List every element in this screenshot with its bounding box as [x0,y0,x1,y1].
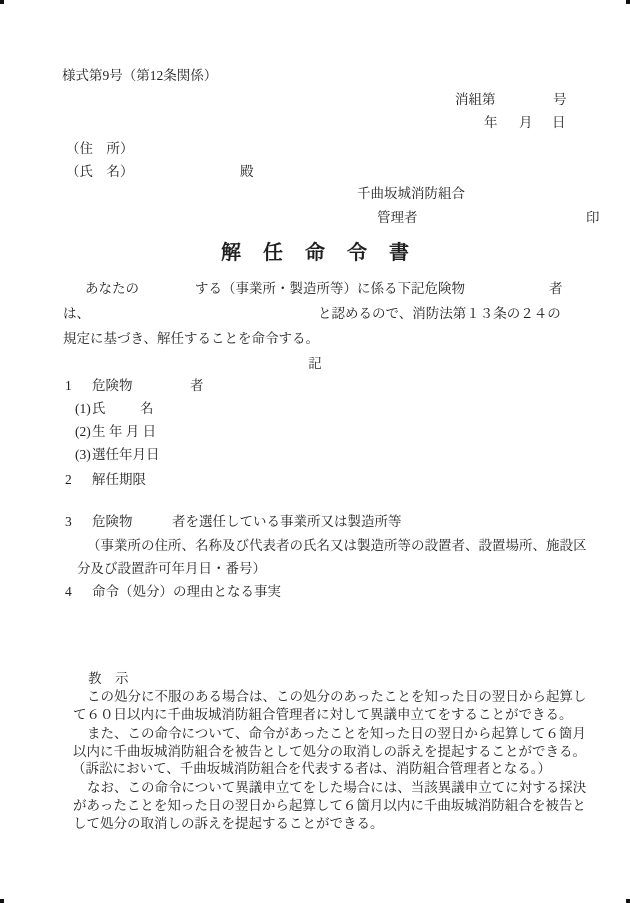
honorific-dono: 殿 [240,163,254,180]
kyoji-3-text: また、この命令について、命令があったことを知った日の翌日から起算して６箇月 [87,725,586,742]
date-line: 年月日 [0,114,630,131]
kyoji-2-text: て６０日以内に千曲坂城消防組合管理者に対して異議申立てをすることができる。 [73,706,573,723]
issuer-manager-title: 管理者 [377,209,418,226]
kyoji-line-7: があったことを知った日の翌日から起算して６箇月以内に千曲坂城消防組合を被告と [0,797,630,814]
body-line-2: は、と認めるので、消防法第１３条の２４の [0,305,630,322]
sub-2-label: 生 年 月 日 [92,423,156,440]
body-2b: と認めるので、消防法第１３条の２４の [318,305,561,322]
address-label-text: （住 所） [66,140,134,157]
item-3-note-1: （事業所の住所、名称及び代表者の氏名又は製造所等の設置者、設置場所、施設区 [0,537,630,554]
document-page: 様式第9号（第12条関係）消組第号年月日（住 所）（氏 名）殿千曲坂城消防組合管… [0,0,630,903]
kyoji-header-text: 教 示 [88,670,129,687]
kyoji-line-4: 以内に千曲坂城消防組合を被告として処分の取消しの訴えを提起することができる。 [0,743,630,760]
item-3-note-2-text: 分及び設置許可年月日・番号） [77,560,266,577]
form-number-text: 様式第9号（第12条関係） [62,67,217,84]
name-label-text: （氏 名） [66,163,134,180]
item-4: 4命令（処分）の理由となる事実 [0,583,630,600]
body-2a: は、 [63,305,90,322]
kyoji-line-8: して処分の取消しの訴えを提起することができる。 [0,815,630,832]
doc-number-prefix: 消組第 [455,91,496,108]
kyoji-line-6: なお、この命令について異議申立てをした場合には、当該異議申立てに対する採決 [0,779,630,796]
item-3: 3危険物者を選任している事業所又は製造所等 [0,513,630,530]
kyoji-1-text: この処分に不服のある場合は、この処分のあったことを知った日の翌日から起算し [87,688,586,705]
item-4-number: 4 [65,583,72,600]
item-1: 1危険物者 [0,377,630,394]
item-3-number: 3 [65,513,72,530]
item-3-label: 危険物 [92,513,133,530]
corner-mark-top-left [0,0,4,4]
kyoji-header: 教 示 [0,670,630,687]
item-3-note-1-text: （事業所の住所、名称及び代表者の氏名又は製造所等の設置者、設置場所、施設区 [87,537,587,554]
seal-mark: 印 [586,209,600,226]
address-label: （住 所） [0,140,630,157]
kyoji-line-3: また、この命令について、命令があったことを知った日の翌日から起算して６箇月 [0,725,630,742]
kyoji-line-1: この処分に不服のある場合は、この処分のあったことを知った日の翌日から起算し [0,688,630,705]
kyoji-6-text: なお、この命令について異議申立てをした場合には、当該異議申立てに対する採決 [87,779,586,796]
body-1a: あなたの [85,280,139,297]
date-month: 月 [519,114,533,131]
corner-mark-top-right [626,0,630,4]
item-1-label: 危険物 [92,377,133,394]
item-3-note-2: 分及び設置許可年月日・番号） [0,560,630,577]
ki-separator-text: 記 [308,356,322,371]
body-1b: する（事業所・製造所等）に係る下記危険物 [195,280,465,297]
kyoji-4-text: 以内に千曲坂城消防組合を被告として処分の取消しの訴えを提起することができる。 [73,743,586,760]
sub-3-label: 選任年月日 [92,446,160,463]
sub-2-number: (2) [75,423,91,440]
sub-3-number: (3) [75,446,91,463]
item-1-number: 1 [65,377,72,394]
issuer-manager-line: 管理者印 [0,209,630,226]
name-label-line: （氏 名）殿 [0,163,630,180]
body-1c: 者 [549,280,563,297]
issuer-organization: 千曲坂城消防組合 [0,185,630,202]
document-title-text: 解任命令書 [221,242,431,264]
corner-mark-bottom-left [0,899,4,903]
corner-mark-bottom-right [626,899,630,903]
item-2: 2解任期限 [0,471,630,488]
item-4-label: 命令（処分）の理由となる事実 [92,583,281,600]
sub-1-number: (1) [75,400,91,417]
kyoji-5-text: （訴訟において、千曲坂城消防組合を代表する者は、消防組合管理者となる。） [72,760,551,777]
ki-separator: 記 [0,355,630,372]
issuer-organization-text: 千曲坂城消防組合 [357,185,465,202]
item-1-suffix: 者 [190,377,204,394]
document-number-line: 消組第号 [0,91,630,108]
document-title: 解任命令書 [0,241,630,265]
item-1-sub-1: (1)氏名 [0,400,630,417]
kyoji-line-2: て６０日以内に千曲坂城消防組合管理者に対して異議申立てをすることができる。 [0,706,630,723]
body-3a: 規定に基づき、解任することを命令する。 [63,330,319,347]
item-2-number: 2 [65,471,72,488]
kyoji-7-text: があったことを知った日の翌日から起算して６箇月以内に千曲坂城消防組合を被告と [73,797,586,814]
form-number: 様式第9号（第12条関係） [0,67,630,84]
body-line-3: 規定に基づき、解任することを命令する。 [0,330,630,347]
sub-1-label-b: 名 [140,400,154,417]
body-line-1: あなたのする（事業所・製造所等）に係る下記危険物者 [0,280,630,297]
date-year: 年 [484,114,498,131]
kyoji-8-text: して処分の取消しの訴えを提起することができる。 [73,815,384,832]
sub-1-label-a: 氏 [92,400,106,417]
item-1-sub-3: (3)選任年月日 [0,446,630,463]
item-1-sub-2: (2)生 年 月 日 [0,423,630,440]
item-2-label: 解任期限 [92,471,146,488]
kyoji-line-5: （訴訟において、千曲坂城消防組合を代表する者は、消防組合管理者となる。） [0,760,630,777]
date-day: 日 [552,114,566,131]
doc-number-suffix: 号 [553,91,567,108]
item-3-suffix: 者を選任している事業所又は製造所等 [172,513,402,530]
